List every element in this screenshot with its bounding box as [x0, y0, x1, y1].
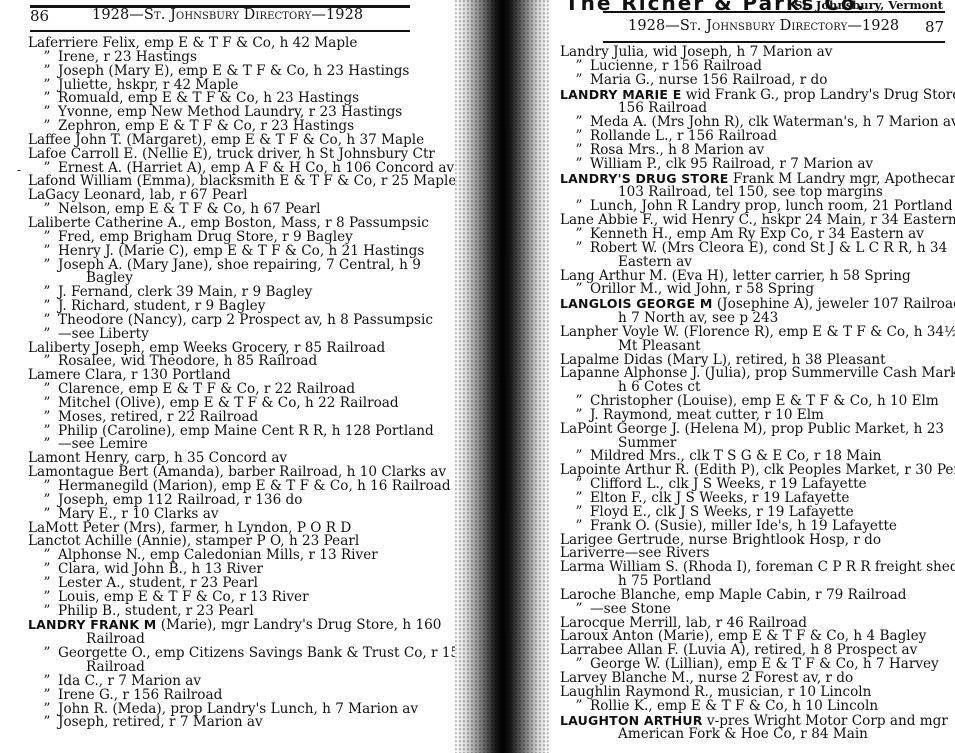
header-rule — [30, 30, 410, 32]
entry-list: Laferriere Felix, emp E & T F & Co, h 42… — [28, 37, 468, 730]
directory-entry-featured: LAUGHTON ARTHUR v-pres Wright Motor Corp… — [560, 714, 955, 743]
directory-entry-featured: LANGLOIS GEORGE M (Josephine A), jeweler… — [560, 297, 955, 326]
directory-sub-entry: ”Robert W. (Mrs Cleora E), cond St J & L… — [560, 242, 955, 270]
directory-sub-entry: ”Rollie K., emp E & T F & Co, h 10 Linco… — [560, 700, 955, 714]
stray-print-mark: - — [17, 163, 21, 177]
entry-text: Maria G., nurse 156 Railroad, r do — [590, 72, 827, 88]
directory-entry: Lanpher Voyle W. (Florence R), emp E & T… — [560, 326, 955, 354]
directory-sub-entry: ”Philip B., student, r 23 Pearl — [28, 605, 468, 619]
ditto-mark-icon: ” — [36, 605, 58, 619]
right-page: St. Johnsbury, Vermont 1928—St. Johnsbur… — [520, 0, 955, 753]
entry-bold-name: LANDRY MARIE E — [560, 87, 681, 102]
directory-entry: Lapanne Alphonse J. (Julia), prop Summer… — [560, 367, 955, 395]
directory-sub-entry: ”Georgette O., emp Citizens Savings Bank… — [28, 647, 468, 675]
directory-entry-featured: LANDRY'S DRUG STORE Frank M Landry mgr, … — [560, 172, 955, 201]
directory-sub-entry: ”William P., clk 95 Railroad, r 7 Marion… — [560, 158, 955, 172]
entry-text: (Marie), mgr Landry's Drug Store, h 160 — [156, 617, 441, 633]
directory-sub-entry: ”Joseph A. (Mary Jane), shoe repairing, … — [28, 259, 468, 287]
entry-text: William P., clk 95 Railroad, r 7 Marion … — [590, 156, 873, 172]
page-number: 87 — [925, 18, 944, 36]
entry-list: Landry Julia, wid Joseph, h 7 Marion av”… — [560, 46, 955, 742]
entry-text: Philip B., student, r 23 Pearl — [58, 603, 254, 619]
ditto-mark-icon: ” — [568, 158, 590, 172]
entry-continuation: American Fork & Hoe Co, r 84 Main — [560, 728, 955, 742]
entry-text: Orillor M., wid John, r 58 Spring — [590, 281, 814, 297]
ditto-mark-icon: ” — [36, 259, 58, 273]
directory-sub-entry: ”Orillor M., wid John, r 58 Spring — [560, 283, 955, 297]
directory-entry: Larma William S. (Rhoda I), foreman C P … — [560, 561, 955, 589]
entry-bold-name: LAUGHTON ARTHUR — [560, 713, 703, 728]
ditto-mark-icon: ” — [568, 242, 590, 256]
directory-sub-entry: ”Maria G., nurse 156 Railroad, r do — [560, 74, 955, 88]
entry-bold-name: LANGLOIS GEORGE M — [560, 296, 713, 311]
directory-entry: LaPoint George J. (Helena M), prop Publi… — [560, 423, 955, 451]
ditto-mark-icon: ” — [568, 74, 590, 88]
entry-text: wid Frank G., prop Landry's Drug Store, … — [681, 87, 955, 103]
directory-entry-featured: LANDRY FRANK M (Marie), mgr Landry's Dru… — [28, 618, 468, 647]
top-rule — [603, 11, 945, 13]
entry-bold-name: LANDRY'S DRUG STORE — [560, 171, 729, 186]
entry-text: Joseph, retired, r 7 Marion av — [58, 714, 263, 730]
page-number: 86 — [30, 7, 49, 25]
directory-spread: 86 1928—St. Johnsbury Directory—1928 Laf… — [0, 0, 955, 753]
left-page: 86 1928—St. Johnsbury Directory—1928 Laf… — [0, 0, 470, 753]
directory-entry-featured: LANDRY MARIE E wid Frank G., prop Landry… — [560, 88, 955, 117]
running-head: 1928—St. Johnsbury Directory—1928 — [628, 18, 899, 34]
header-rule — [603, 41, 945, 43]
entry-bold-name: LANDRY FRANK M — [28, 617, 156, 632]
directory-sub-entry: ”Joseph, retired, r 7 Marion av — [28, 716, 468, 730]
running-head: 1928—St. Johnsbury Directory—1928 — [92, 7, 363, 23]
ditto-mark-icon: ” — [568, 700, 590, 714]
ditto-mark-icon: ” — [36, 647, 58, 661]
entry-text: Rollie K., emp E & T F & Co, h 10 Lincol… — [590, 698, 878, 714]
ditto-mark-icon: ” — [568, 283, 590, 297]
ditto-mark-icon: ” — [36, 716, 58, 730]
